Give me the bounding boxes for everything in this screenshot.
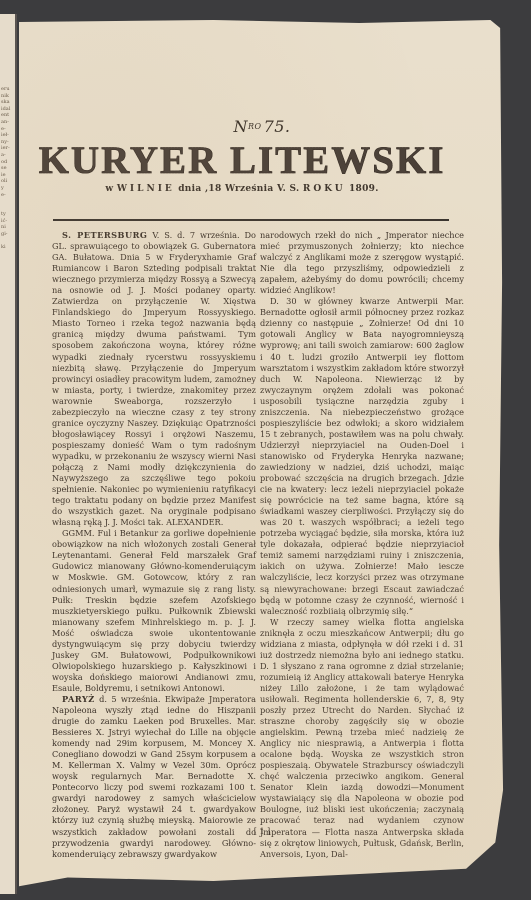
adjacent-page-text: eru nik ska idal ent an- e- ieł- ny- ier… [1,86,15,251]
column-right: narodowych rzekł do nich „ Jmperator nie… [260,230,464,860]
issue-number-value: 75. [264,117,291,136]
issue-number-sup: RO [248,122,262,131]
article-text: GGMM. Ful i Betankur za gorliwe dopełnie… [52,528,256,693]
dateline-year: 1809. [349,184,379,194]
dateline-month: Września [225,184,274,194]
adjacent-page-edge: eru nik ska idal ent an- e- ieł- ny- ier… [0,14,17,894]
article-text: narodowych rzekł do nich „ Jmperator nie… [260,230,464,295]
article-dateline: S. PETERSBURG [62,230,147,240]
issue-number-prefix: N [233,117,248,136]
article-text: V. S. d. 7 września. Do GL. sprawuiącego… [52,230,256,527]
dateline-w: w [105,184,113,194]
article-paragraph: narodowych rzekł do nich „ Jmperator nie… [260,230,464,296]
newspaper-title: KURYER LITEWSKI [37,138,447,183]
article-dateline: PARYŻ [62,694,95,704]
issue-number: NRO75. [19,117,505,136]
article-paragraph: W rzeczy samey wielka flotta angielska z… [260,617,464,860]
masthead-rule [53,219,449,221]
masthead-dateline: w WILNIE dnia ,18 Września V. S. ROKU 18… [37,184,447,194]
article-paragraph: S. PETERSBURG V. S. d. 7 września. Do GL… [52,230,256,528]
dateline-day: ,18 [205,184,222,194]
article-paragraph: GGMM. Ful i Betankur za gorliwe dopełnie… [52,528,256,694]
dateline-place: WILNIE [117,184,175,194]
dateline-dnia: dnia [178,184,201,194]
dateline-roku: ROKU [303,184,346,194]
binding-gutter [15,14,17,894]
column-left: S. PETERSBURG V. S. d. 7 września. Do GL… [52,230,256,860]
article-text: D. 30 w główney kwarze Antwerpii Mar. Be… [260,296,464,615]
page-number: [ 1 ] [19,827,505,836]
article-text: W rzeczy samey wielka flotta angielska z… [260,617,464,859]
article-paragraph: D. 30 w główney kwarze Antwerpii Mar. Be… [260,296,464,616]
dateline-style: V. S. [277,184,300,194]
newspaper-page: NRO75. KURYER LITEWSKI w WILNIE dnia ,18… [19,20,505,895]
